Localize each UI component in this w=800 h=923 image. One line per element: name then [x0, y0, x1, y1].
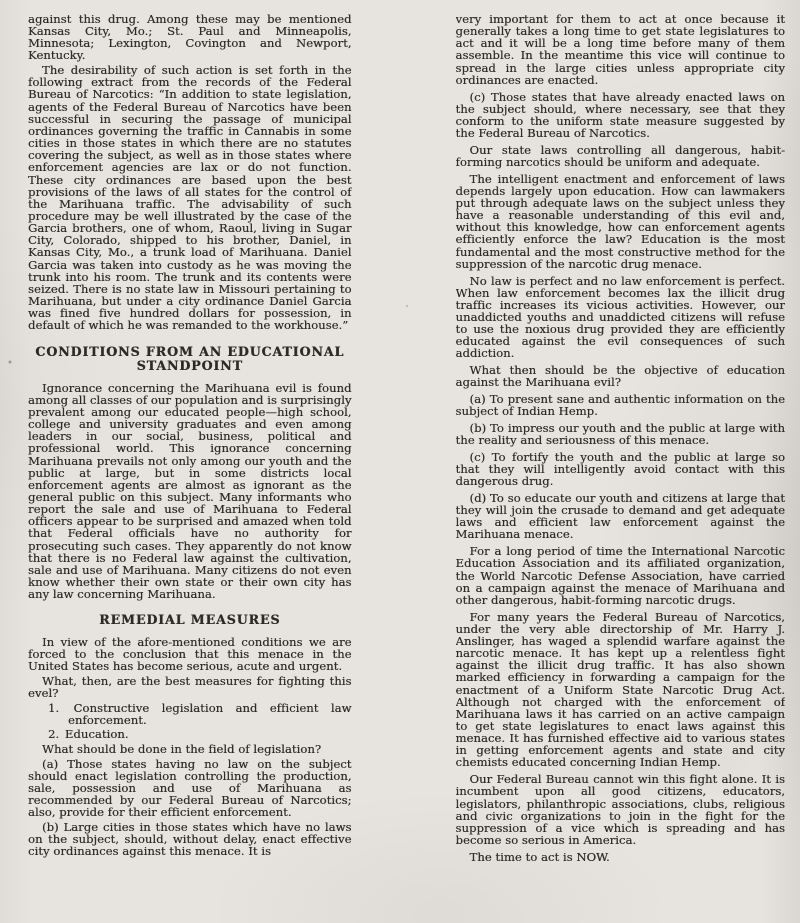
paragraph: (b) To impress our youth and the public …: [456, 422, 786, 446]
numbered-list-item: 1. Constructive legislation and efficien…: [28, 702, 352, 726]
paragraph: What, then, are the best measures for fi…: [28, 675, 352, 699]
right-column: very important for them to act at once b…: [456, 13, 786, 919]
paragraph: The intelligent enactment and enforcemen…: [456, 173, 786, 270]
numbered-list-item: 2. Education.: [28, 728, 352, 740]
scanned-document-page: { "document": { "kind": "scanned printed…: [0, 0, 800, 923]
left-column: against this drug. Among these may be me…: [28, 13, 352, 919]
paragraph: Our Federal Bureau cannot win this fight…: [456, 773, 786, 846]
paragraph: very important for them to act at once b…: [456, 13, 786, 86]
list-number: 2.: [48, 727, 61, 741]
paragraph: (d) To so educate our youth and citizens…: [456, 492, 786, 541]
list-item-text: Education.: [61, 727, 128, 741]
paragraph: (a) Those states having no law on the su…: [28, 758, 352, 819]
paragraph: For many years the Federal Bureau of Nar…: [456, 611, 786, 769]
paragraph: For a long period of time the Internatio…: [456, 545, 786, 606]
paragraph: Ignorance concerning the Marihuana evil …: [28, 382, 352, 601]
paragraph: What should be done in the field of legi…: [28, 743, 352, 755]
paragraph: (a) To present sane and authentic inform…: [456, 393, 786, 417]
paragraph: The desirability of such action is set f…: [28, 64, 352, 331]
paragraph: In view of the afore-mentioned condition…: [28, 636, 352, 672]
paragraph: (b) Large cities in those states which h…: [28, 821, 352, 857]
list-item-text: Constructive legislation and efficient l…: [61, 701, 351, 727]
paragraph: (c) Those states that have already enact…: [456, 91, 786, 140]
paragraph: What then should be the objective of edu…: [456, 364, 786, 388]
paragraph: against this drug. Among these may be me…: [28, 13, 352, 62]
section-heading: CONDITIONS FROM AN EDUCATIONAL STANDPOIN…: [32, 345, 348, 374]
list-number: 1.: [48, 701, 61, 715]
paragraph: The time to act is NOW.: [456, 851, 786, 863]
paragraph: No law is perfect and no law enforcement…: [456, 275, 786, 360]
paragraph: (c) To fortify the youth and the public …: [456, 451, 786, 487]
page-content: against this drug. Among these may be me…: [0, 0, 800, 919]
section-heading: REMEDIAL MEASURES: [32, 613, 348, 628]
paragraph: Our state laws controlling all dangerous…: [456, 144, 786, 168]
